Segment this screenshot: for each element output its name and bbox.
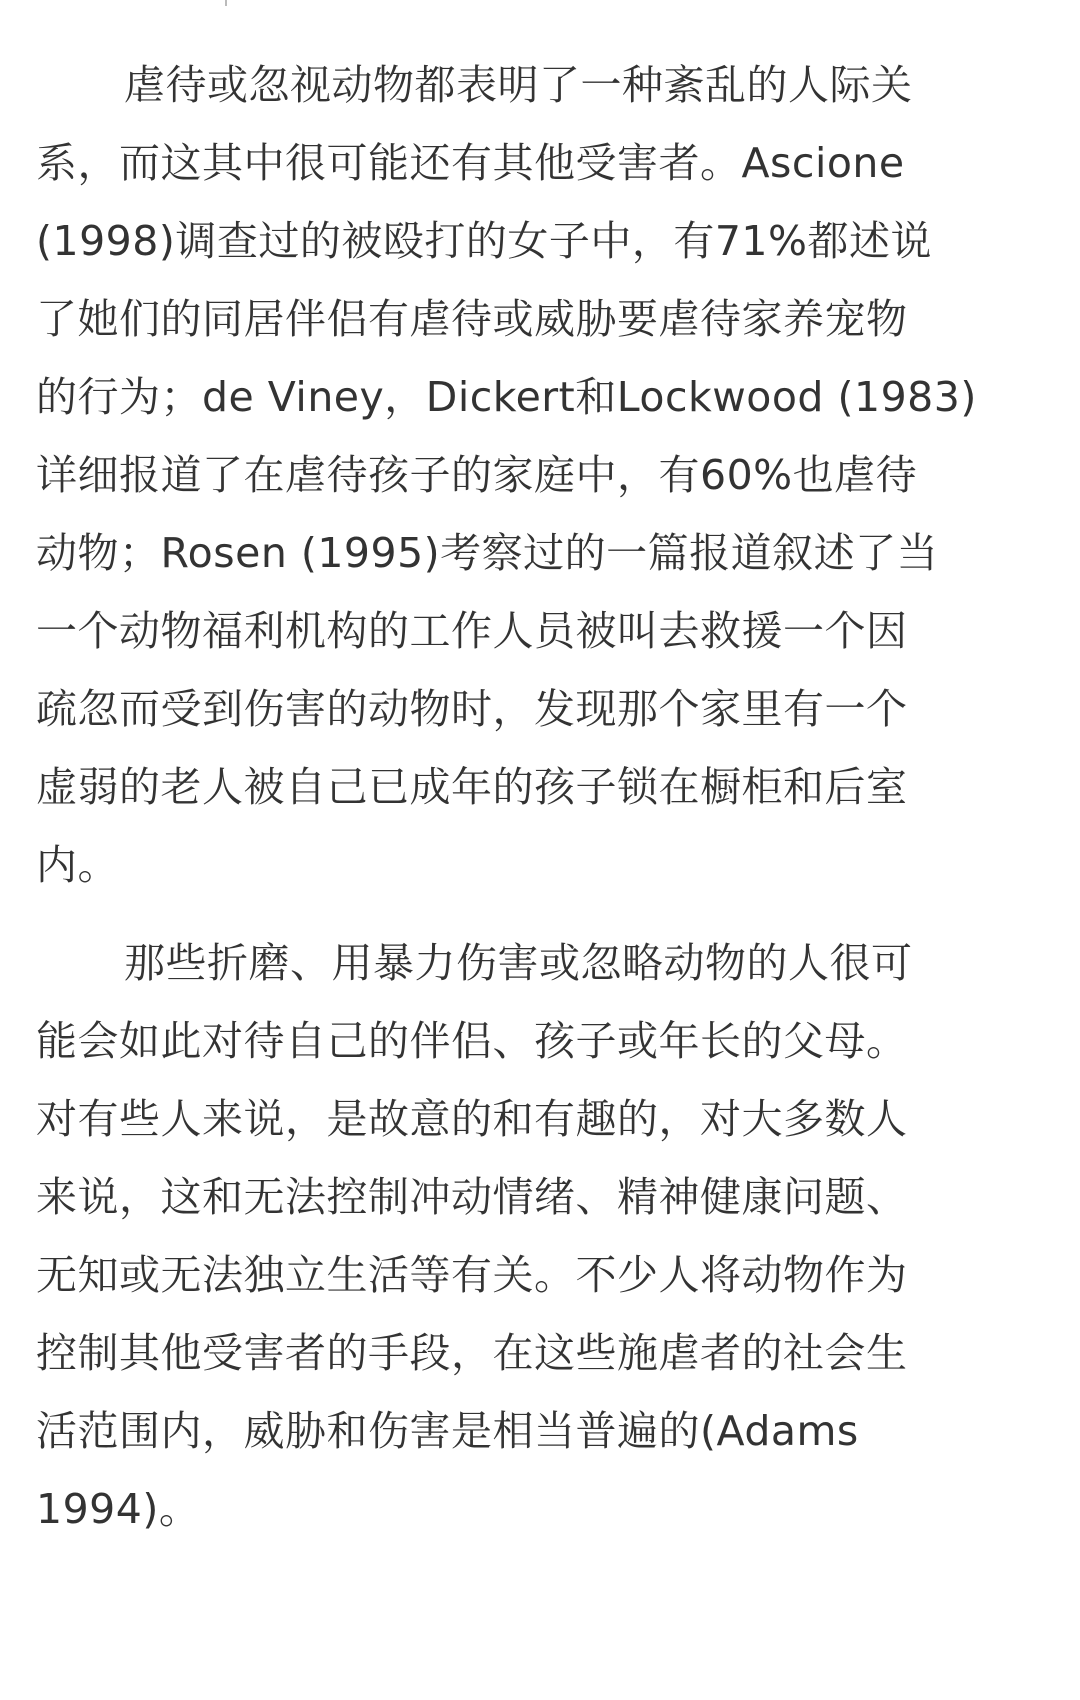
text-line: 来说，这和无法控制冲动情绪、精神健康问题、 (36, 1158, 1046, 1236)
text-line: 了她们的同居伴侣有虐待或威胁要虐待家养宠物 (36, 280, 1046, 358)
text-line: 内。 (36, 826, 1046, 904)
text-line: 控制其他受害者的手段，在这些施虐者的社会生 (36, 1314, 1046, 1392)
text-line: 动物；Rosen (1995)考察过的一篇报道叙述了当 (36, 514, 1046, 592)
paragraph-2: 那些折磨、用暴力伤害或忽略动物的人很可 能会如此对待自己的伴侣、孩子或年长的父母… (36, 924, 1046, 1548)
text-line: 系，而这其中很可能还有其他受害者。Ascione (36, 124, 1046, 202)
text-line: 那些折磨、用暴力伤害或忽略动物的人很可 (36, 924, 1046, 1002)
text-line: 的行为；de Viney，Dickert和Lockwood (1983) (36, 358, 1046, 436)
text-line: 虚弱的老人被自己已成年的孩子锁在橱柜和后室 (36, 748, 1046, 826)
text-line: 一个动物福利机构的工作人员被叫去救援一个因 (36, 592, 1046, 670)
text-line: (1998)调查过的被殴打的女子中，有71%都述说 (36, 202, 1046, 280)
text-line: 无知或无法独立生活等有关。不少人将动物作为 (36, 1236, 1046, 1314)
text-line: 能会如此对待自己的伴侣、孩子或年长的父母。 (36, 1002, 1046, 1080)
scroll-remnant-mark (225, 0, 227, 6)
text-line: 对有些人来说，是故意的和有趣的，对大多数人 (36, 1080, 1046, 1158)
text-line: 1994)。 (36, 1470, 1046, 1548)
text-line: 活范围内，威胁和伤害是相当普遍的(Adams (36, 1392, 1046, 1470)
text-line: 虐待或忽视动物都表明了一种紊乱的人际关 (36, 46, 1046, 124)
text-line: 疏忽而受到伤害的动物时，发现那个家里有一个 (36, 670, 1046, 748)
text-line: 详细报道了在虐待孩子的家庭中，有60%也虐待 (36, 436, 1046, 514)
paragraph-1: 虐待或忽视动物都表明了一种紊乱的人际关 系，而这其中很可能还有其他受害者。Asc… (36, 46, 1046, 904)
